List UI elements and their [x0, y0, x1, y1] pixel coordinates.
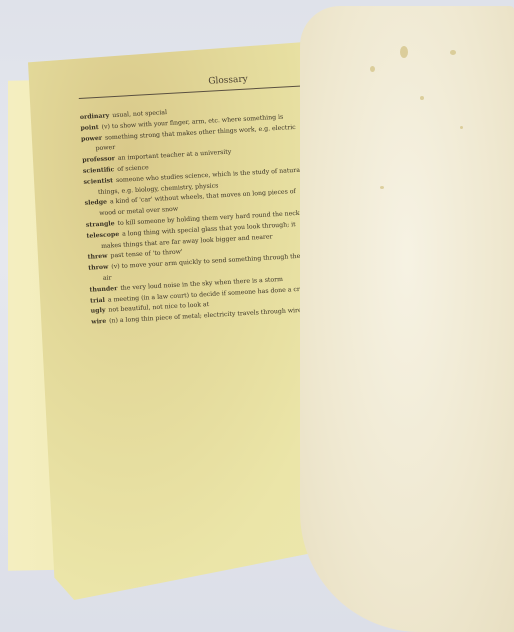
glossary-definition: power	[95, 144, 115, 152]
glossary-term: ugly	[91, 307, 106, 315]
glossary-term: trial	[90, 296, 105, 304]
glossary-term: threw	[88, 253, 108, 261]
curled-page	[300, 6, 514, 632]
glossary-term: scientific	[83, 166, 115, 175]
glossary-term: professor	[82, 155, 115, 164]
glossary-term: thunder	[89, 285, 117, 294]
glossary-term: telescope	[86, 231, 119, 240]
glossary-term: throw	[88, 264, 108, 272]
glossary-term: point	[80, 124, 99, 132]
glossary-term: sledge	[84, 199, 107, 207]
glossary-definition: usual, not special	[112, 109, 167, 119]
glossary-term: scientist	[83, 177, 113, 186]
glossary-term: power	[81, 134, 102, 142]
glossary-term: ordinary	[80, 112, 110, 121]
glossary-definition: air	[103, 274, 112, 281]
glossary-term: wire	[91, 318, 106, 326]
glossary-term: strangle	[86, 220, 115, 229]
glossary-definition: of science	[117, 164, 149, 173]
